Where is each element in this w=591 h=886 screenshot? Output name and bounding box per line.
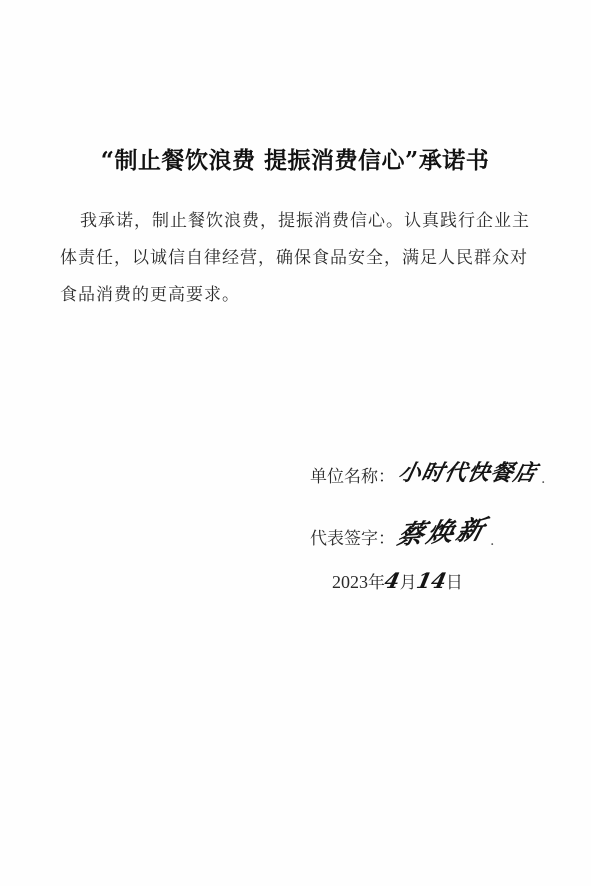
- date-year: 2023: [332, 572, 368, 593]
- document-title: “制止餐饮浪费 提振消费信心”承诺书: [60, 142, 530, 175]
- date-day: 14: [414, 568, 449, 593]
- document-page: “制止餐饮浪费 提振消费信心”承诺书 我承诺，制止餐饮浪费，提振消费信心。认真践…: [0, 0, 591, 886]
- representative-signature-label: 代表签字：: [310, 524, 395, 549]
- date-day-suffix: 日: [446, 568, 463, 593]
- signature-mark: .: [490, 533, 494, 549]
- unit-name-label: 单位名称：: [310, 462, 395, 487]
- unit-name-handwritten: 小时代快餐店: [396, 456, 541, 487]
- unit-name-mark: .: [541, 471, 545, 487]
- pledge-body: 我承诺，制止餐饮浪费，提振消费信心。认真践行企业主体责任，以诚信自律经营，确保食…: [60, 203, 530, 314]
- date-row: 2023 年 4 月 14 日: [332, 568, 463, 593]
- representative-signature: 蔡焕新: [393, 509, 491, 552]
- pledge-paragraph: 我承诺，制止餐饮浪费，提振消费信心。认真践行企业主体责任，以诚信自律经营，确保食…: [60, 203, 530, 314]
- representative-signature-row: 代表签字： 蔡焕新 .: [310, 512, 494, 549]
- unit-name-row: 单位名称： 小时代快餐店 .: [310, 456, 545, 487]
